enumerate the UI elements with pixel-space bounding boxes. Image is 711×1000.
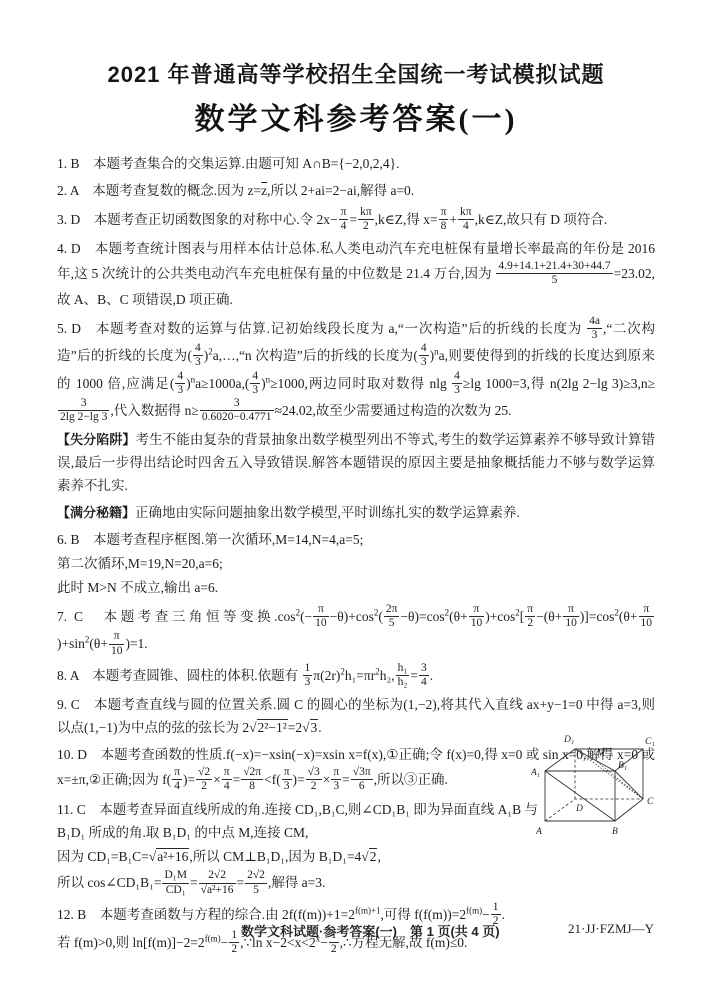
answer-line: 6. B 本题考查程序框图.第一次循环,M=14,N=4,a=5;: [57, 529, 655, 552]
cuboid-figure: A B C D A₁ B₁ C₁ D₁ M: [531, 727, 661, 841]
answer-line: 所以 cos∠CD₁B₁=D₁MCD₁=2√2√a²+16=2√25,解得 a=…: [57, 870, 539, 897]
answer-line: 7. C 本题考查三角恒等变换.cos2(−π10−θ)+cos2(2π5−θ)…: [57, 604, 655, 659]
vertex-label-D1: D₁: [563, 735, 574, 745]
vertex-label-A: A: [535, 827, 542, 837]
footer-page-info: 数学文科试题·参考答案(一) 第 1 页(共 4 页): [241, 921, 500, 940]
answer-sheet-title: 数学文科参考答案(一): [57, 94, 655, 138]
answer-line: 2. A 本题考查复数的概念.因为 z=z,所以 2+ai=2−ai,解得 a=…: [57, 180, 655, 203]
footer-code: 21·JJ·FZMJ—Y: [568, 921, 654, 937]
answer-line: 1. B 本题考查集合的交集运算.由题可知 A∩B={−2,0,2,4}.: [57, 153, 655, 176]
answer-line: 因为 CD₁=B₁C=√a²+16,所以 CM⊥B₁D₁,因为 B₁D₁=4√2…: [57, 846, 539, 869]
exam-title: 2021 年普通高等学校招生全国统一考试模拟试题: [57, 58, 655, 89]
answer-line: 5. D 本题考查对数的运算与估算.记初始线段长度为 a,“一次构造”后的折线的…: [57, 316, 655, 426]
vertex-label-C1: C₁: [645, 737, 655, 747]
vertex-label-B: B: [612, 827, 618, 837]
answer-line: 第二次循环,M=19,N=20,a=6;: [57, 553, 655, 576]
vertex-label-D: D: [575, 804, 583, 814]
answer-line: 4. D 本题考查统计图表与用样本估计总体.私人类电动汽车充电桩保有量增长率最高…: [57, 238, 655, 311]
vertex-label-B1: B₁: [618, 761, 627, 771]
document-page: 2021 年普通高等学校招生全国统一考试模拟试题 数学文科参考答案(一) 1. …: [0, 0, 711, 1000]
answer-line: 11. C 本题考查异面直线所成的角.连接 CD₁,B₁C,则∠CD₁B₁ 即为…: [57, 799, 539, 822]
midpoint-label-M: M: [596, 749, 606, 759]
page-footer: 数学文科试题·参考答案(一) 第 1 页(共 4 页) 21·JJ·FZMJ—Y: [0, 921, 711, 941]
vertex-label-C: C: [647, 797, 654, 807]
vertex-label-A1: A₁: [531, 768, 540, 778]
answer-line: B₁D₁ 所成的角.取 B₁D₁ 的中点 M,连接 CM,: [57, 822, 539, 845]
answer-line: 此时 M>N 不成立,输出 a=6.: [57, 577, 655, 600]
tip-paragraph: 【满分秘籍】正确地由实际问题抽象出数学模型,平时训练扎实的数学运算素养.: [57, 502, 655, 525]
answer-line: 3. D 本题考查正切函数图象的对称中心.令 2x−π4=kπ2,k∈Z,得 x…: [57, 207, 655, 234]
tip-paragraph: 【失分陷阱】考生不能由复杂的背景抽象出数学模型列出不等式,考生的数学运算素养不够…: [57, 429, 655, 498]
answer-line: 8. A 本题考查圆锥、圆柱的体积.依题有 13π(2r)2h₁=πr2h₂,h…: [57, 663, 655, 690]
